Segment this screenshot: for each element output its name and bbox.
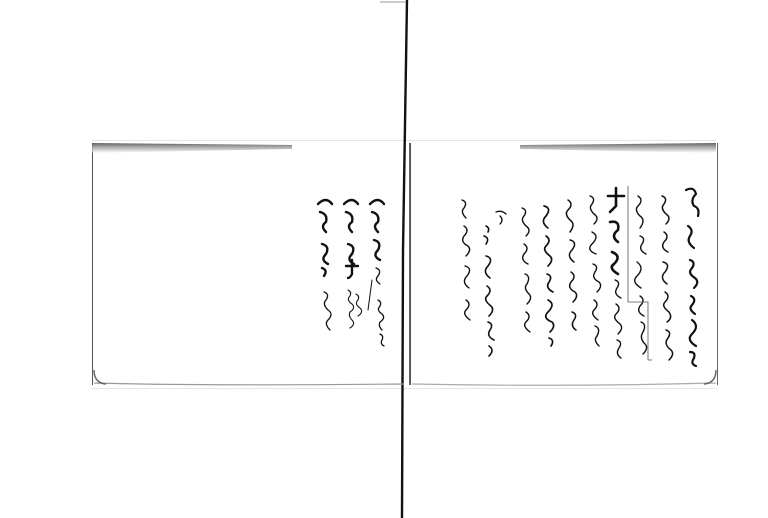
book-spine — [402, 0, 406, 518]
left-page: left page — [92, 0, 406, 518]
right-page: right page — [410, 0, 718, 518]
scanned-book-spread: left page right page — [0, 0, 768, 518]
